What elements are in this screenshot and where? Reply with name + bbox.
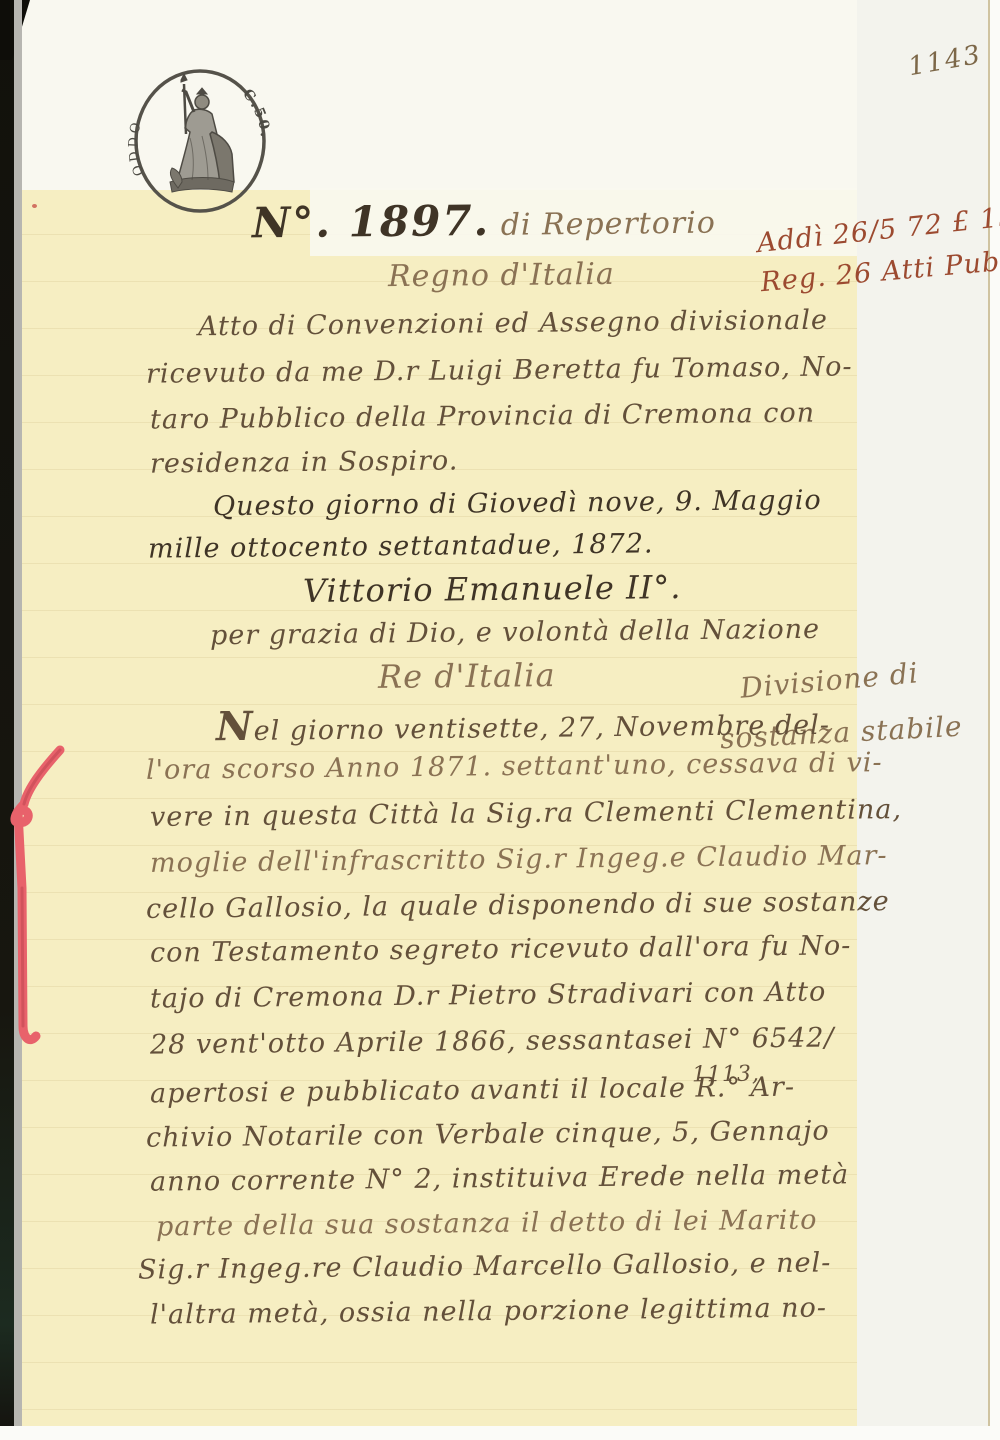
repertorio-number: N°. 1897. (252, 196, 491, 247)
scan-edge-gray (14, 0, 22, 1426)
doc-line: mille ottocento settantadue, 1872. (148, 528, 654, 564)
red-ink-speck (32, 204, 37, 208)
king-name-line: Vittorio Emanuele II°. (303, 568, 682, 610)
doc-line-nel: Nel giorno ventisette, 27, Novembre del- (216, 697, 830, 750)
ribbon-shade (22, 750, 60, 1026)
doc-line: Atto di Convenzioni ed Assegno divisiona… (198, 305, 828, 343)
doc-line: residenza in Sospiro. (150, 445, 459, 479)
doc-line: per grazia di Dio, e volontà della Nazio… (210, 614, 820, 651)
repertorio-label: di Repertorio (490, 206, 716, 243)
revenue-stamp-image: ODDO C.50. (128, 62, 272, 220)
doc-line: Questo giorno di Giovedì nove, 9. Maggio (213, 485, 822, 522)
scan-edge-bottom (0, 1426, 1000, 1440)
regno-ditalia-heading: Regno d'Italia (388, 257, 615, 294)
revenue-stamp: ODDO C.50. (128, 62, 272, 220)
scan-edge-left (0, 0, 14, 1440)
nel-rest: el giorno ventisette, 27, Novembre del- (253, 710, 830, 747)
binding-ribbon (0, 738, 80, 1058)
nel-initial: N (216, 703, 254, 750)
re-ditalia-line: Re d'Italia (378, 656, 556, 696)
stamp-figure-italia (170, 74, 234, 192)
stamp-denomination: C.50. (239, 86, 272, 139)
stamp-left-text: ODDO (128, 118, 147, 177)
repertorio-heading: N°. 1897. di Repertorio (252, 194, 716, 248)
document-scan: ODDO C.50. 1143 Addì 26/5 72 £ 150 N. 97… (0, 0, 1000, 1440)
